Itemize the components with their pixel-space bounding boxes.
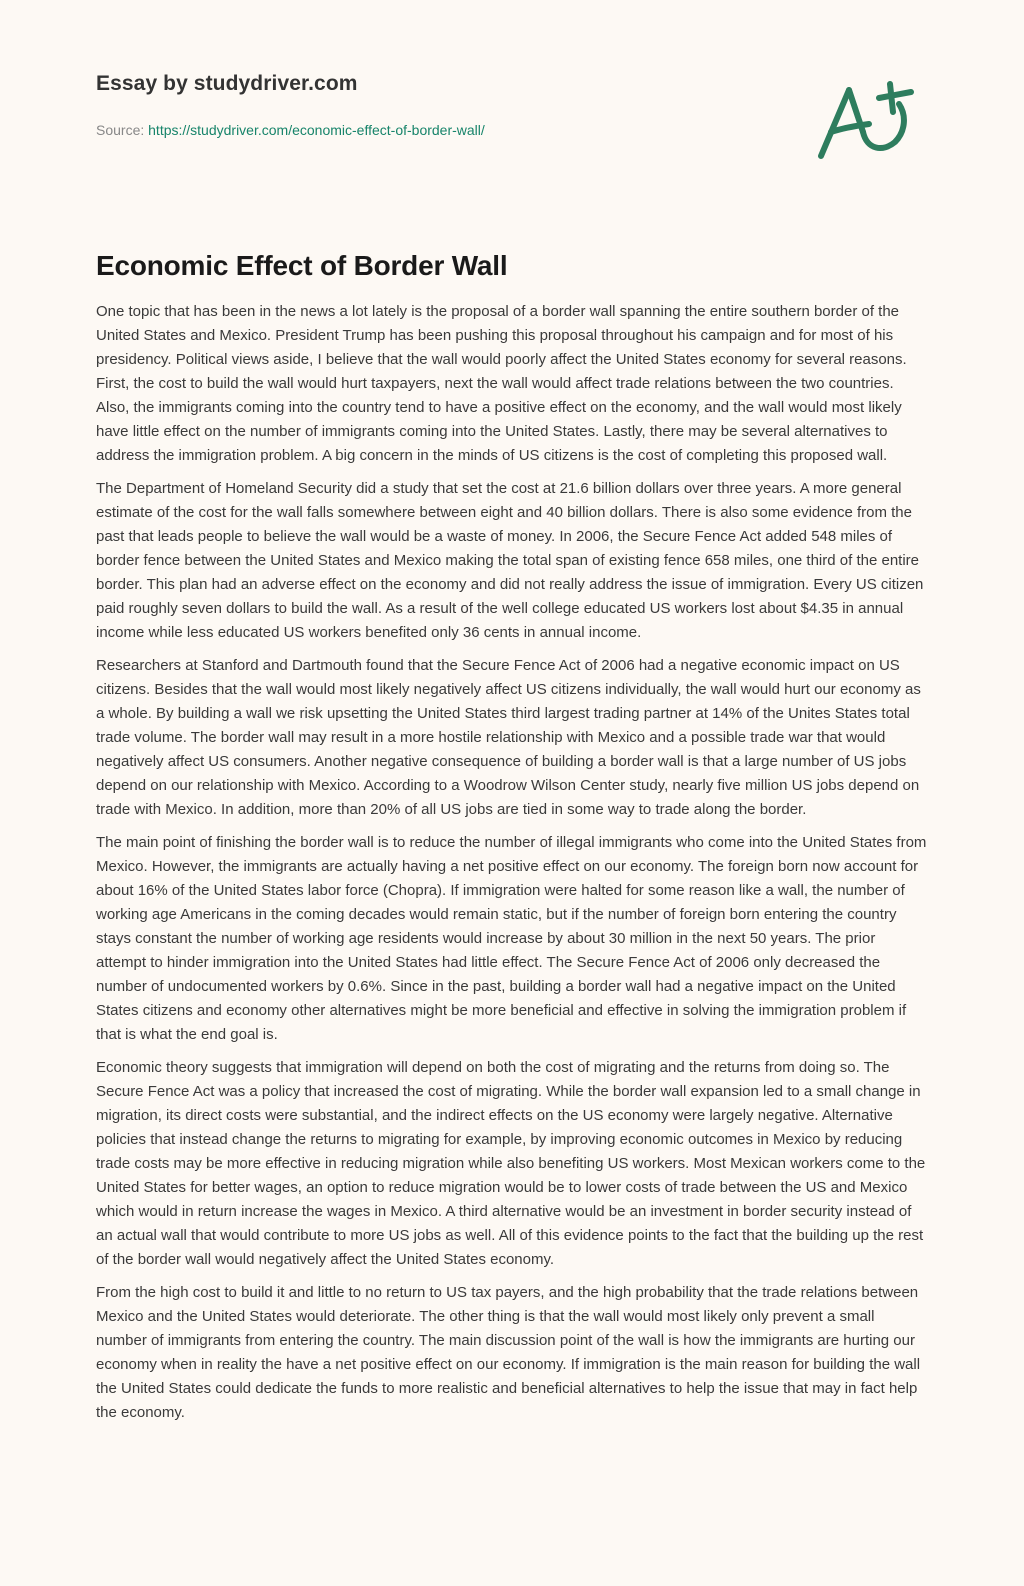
essay-paragraph: The main point of finishing the border w… (96, 831, 928, 1047)
essay-paragraph: The Department of Homeland Security did … (96, 477, 928, 645)
source-link[interactable]: https://studydriver.com/economic-effect-… (148, 122, 485, 138)
essay-title: Economic Effect of Border Wall (96, 250, 928, 282)
essay-paragraph: Researchers at Stanford and Dartmouth fo… (96, 654, 928, 822)
essay-paragraph: From the high cost to build it and littl… (96, 1281, 928, 1425)
essay-article: Economic Effect of Border Wall One topic… (96, 250, 928, 1434)
source-line: Source: https://studydriver.com/economic… (96, 122, 485, 138)
site-title: Essay by studydriver.com (96, 72, 358, 96)
source-label: Source: (96, 122, 148, 138)
a-plus-grade-icon (815, 68, 925, 168)
essay-paragraph: Economic theory suggests that immigratio… (96, 1056, 928, 1272)
page-header: Essay by studydriver.com Source: https:/… (0, 0, 1024, 200)
essay-paragraph: One topic that has been in the news a lo… (96, 300, 928, 468)
